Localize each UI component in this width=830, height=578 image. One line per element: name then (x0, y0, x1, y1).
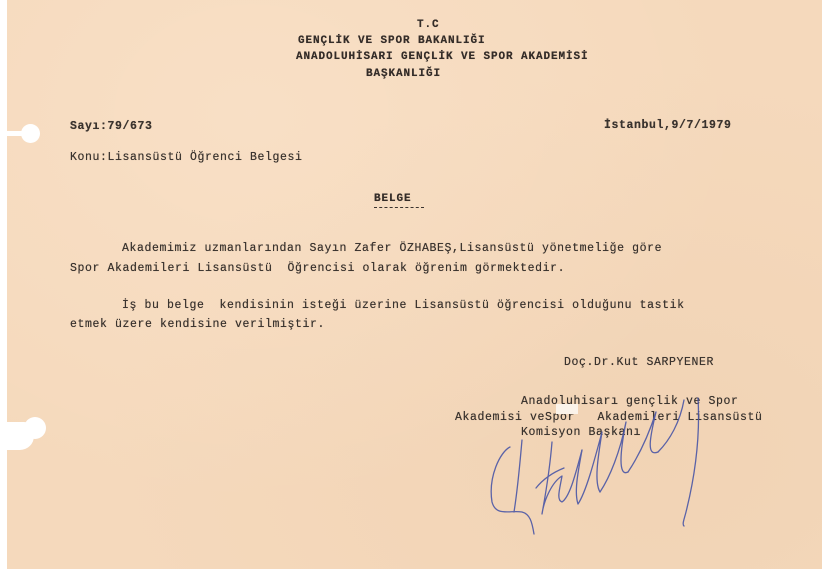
paragraph-1-line-2: Spor Akademileri Lisansüstü Öğrencisi ol… (70, 262, 565, 276)
torn-notch-bottom (0, 422, 34, 450)
subject-line: Konu:Lisansüstü Öğrenci Belgesi (70, 151, 303, 165)
reference-number: Sayı:79/673 (70, 120, 153, 134)
place-date: İstanbul,9/7/1979 (604, 119, 732, 133)
header-ministry: GENÇLİK VE SPOR BAKANLIĞI (298, 34, 486, 48)
punch-hole-edge-top (0, 131, 24, 136)
paragraph-2-line-1: İş bu belge kendisinin isteği üzerine Li… (122, 299, 685, 313)
signatory-name: Doç.Dr.Kut SARPYENER (564, 356, 714, 370)
handwritten-signature (470, 392, 760, 537)
header-academy: ANADOLUHİSARI GENÇLİK VE SPOR AKADEMİSİ (296, 50, 589, 64)
paragraph-1-line-1: Akademimiz uzmanlarından Sayın Zafer ÖZH… (122, 242, 662, 256)
header-presidency: BAŞKANLIĞI (366, 67, 441, 81)
paragraph-2-line-2: etmek üzere kendisine verilmiştir. (70, 318, 325, 332)
header-tc: T.C (417, 18, 440, 32)
document-title: BELGE (374, 192, 424, 208)
